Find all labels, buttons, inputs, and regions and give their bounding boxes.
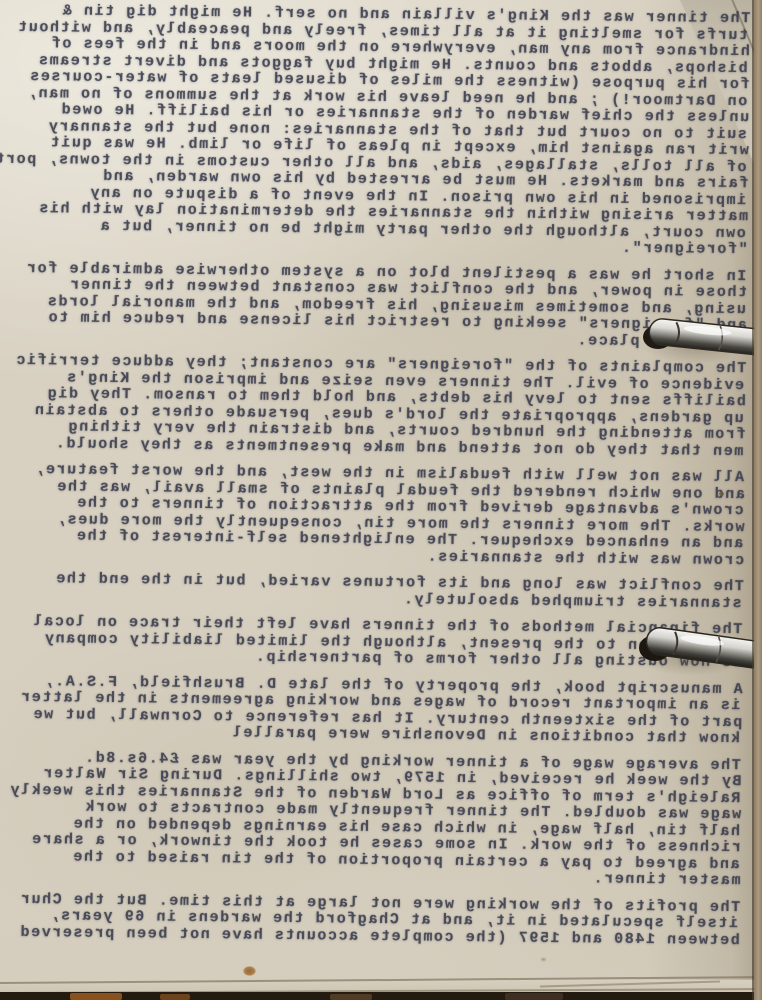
typescript-paragraph: The financial methods of the tinners hav… [0, 612, 743, 671]
gap-debris-patch [70, 993, 122, 1000]
typescript-paragraph: The conflict was long and its fortunes v… [0, 569, 744, 612]
paper-speck [719, 492, 724, 496]
binding-edge-strip [754, 0, 762, 1000]
page-tilt-layer: The tinner was the King's villain and no… [0, 0, 762, 1000]
mirrored-typescript-text: The tinner was the King's villain and no… [0, 1, 750, 959]
gap-debris-patch [330, 994, 372, 1000]
gap-debris-patch [505, 993, 563, 1000]
typescript-paragraph: The complaints of the "foreigners" are c… [0, 351, 746, 460]
photographed-typescript-page: The tinner was the King's villain and no… [0, 0, 762, 1000]
rust-stain [243, 966, 256, 976]
binder-fastener-top [641, 310, 762, 364]
split-pin-icon [637, 620, 762, 674]
typescript-paragraph: The tinner was the King's villain and no… [0, 1, 750, 258]
binder-fastener-bottom [637, 620, 762, 674]
typescript-paragraph: The profits of the working were not larg… [0, 890, 740, 949]
paper-speck [540, 957, 547, 962]
typescript-paragraph: All was not well with feudalism in the w… [0, 460, 745, 569]
split-pin-icon [641, 310, 762, 364]
gap-debris-patch [160, 994, 190, 1000]
typescript-paragraph: A manuscript book, the property of the l… [0, 672, 743, 748]
typescript-paragraph: In short he was a pestilent blot on a sy… [0, 259, 747, 351]
typescript-paragraph: The average wage of a tinner working by … [0, 748, 742, 890]
